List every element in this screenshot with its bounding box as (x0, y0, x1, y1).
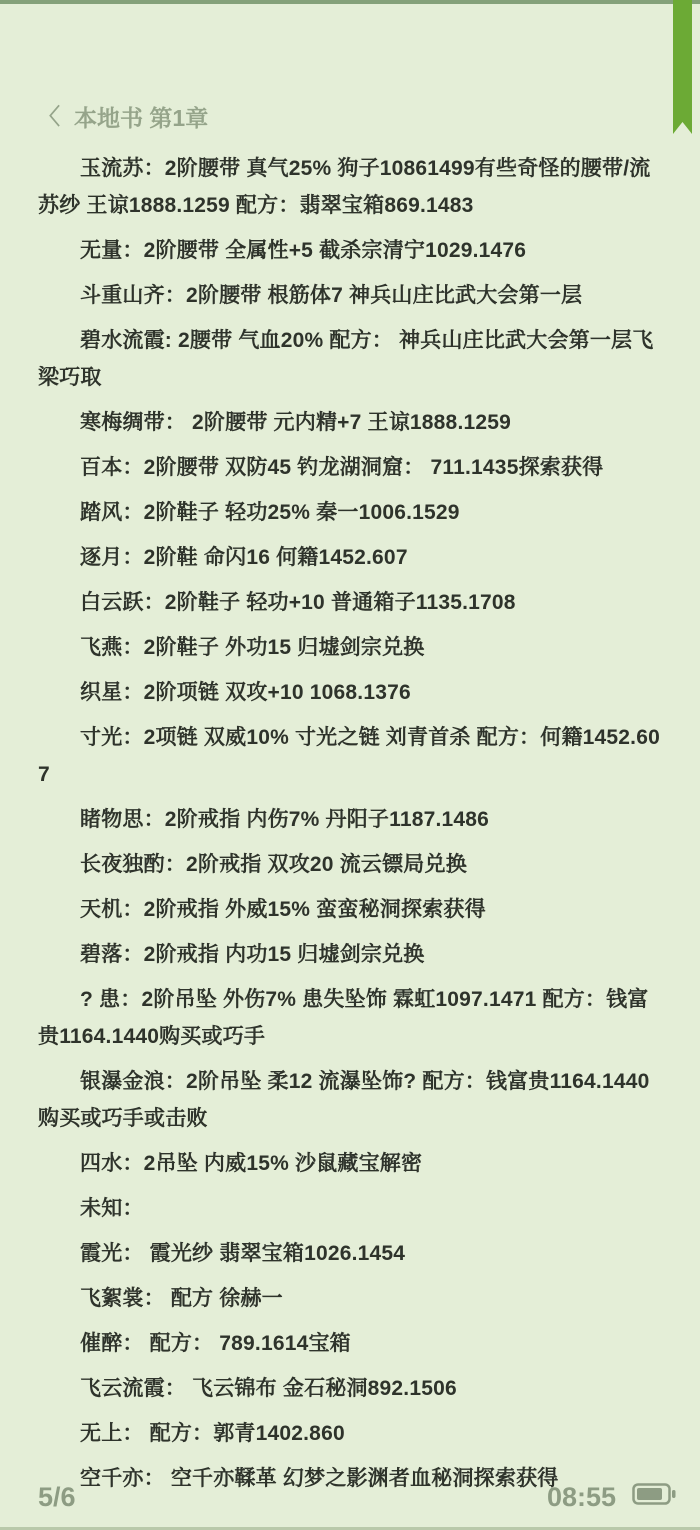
paragraph: 逐月：2阶鞋 命闪16 何籍1452.607 (38, 539, 666, 576)
paragraph: 催醉： 配方： 789.1614宝箱 (38, 1325, 666, 1362)
paragraph: 四水：2吊坠 内威15% 沙鼠藏宝解密 (38, 1145, 666, 1182)
paragraph: ? 患：2阶吊坠 外伤7% 患失坠饰 霖虹1097.1471 配方：钱富贵116… (38, 981, 666, 1055)
paragraph: 斗重山齐：2阶腰带 根筋体7 神兵山庄比武大会第一层 (38, 277, 666, 314)
paragraph: 寸光：2项链 双威10% 寸光之链 刘青首杀 配方：何籍1452.607 (38, 719, 666, 793)
paragraph: 踏风：2阶鞋子 轻功25% 秦一1006.1529 (38, 494, 666, 531)
paragraph: 霞光： 霞光纱 翡翠宝箱1026.1454 (38, 1235, 666, 1272)
paragraph: 银瀑金浪：2阶吊坠 柔12 流瀑坠饰? 配方：钱富贵1164.1440购买或巧手… (38, 1063, 666, 1137)
paragraph: 无量：2阶腰带 全属性+5 截杀宗清宁1029.1476 (38, 232, 666, 269)
paragraph: 未知： (38, 1190, 666, 1227)
paragraph: 长夜独酌：2阶戒指 双攻20 流云镖局兑换 (38, 846, 666, 883)
reader-footer: 5/6 08:55 (38, 1480, 676, 1514)
reader-content[interactable]: 玉流苏：2阶腰带 真气25% 狗子10861499有些奇怪的腰带/流苏纱 王谅1… (38, 150, 666, 1505)
paragraph: 白云跃：2阶鞋子 轻功+10 普通箱子1135.1708 (38, 584, 666, 621)
paragraph: 碧落：2阶戒指 内功15 归墟剑宗兑换 (38, 936, 666, 973)
paragraph: 玉流苏：2阶腰带 真气25% 狗子10861499有些奇怪的腰带/流苏纱 王谅1… (38, 150, 666, 224)
paragraph: 碧水流霞: 2腰带 气血20% 配方： 神兵山庄比武大会第一层飞梁巧取 (38, 322, 666, 396)
back-chevron-icon[interactable]: 〈 (38, 106, 60, 128)
paragraph: 睹物思：2阶戒指 内伤7% 丹阳子1187.1486 (38, 801, 666, 838)
top-edge-strip (0, 0, 700, 4)
paragraph: 天机：2阶戒指 外威15% 蛮蛮秘洞探索获得 (38, 891, 666, 928)
bookmark-ribbon-icon (673, 0, 692, 134)
reader-header: 〈 本地书 第1章 (38, 100, 208, 133)
paragraph: 寒梅绸带： 2阶腰带 元内精+7 王谅1888.1259 (38, 404, 666, 441)
chapter-title: 本地书 第1章 (74, 100, 208, 133)
paragraph: 百本：2阶腰带 双防45 钓龙湖洞窟： 711.1435探索获得 (38, 449, 666, 486)
paragraph: 飞燕：2阶鞋子 外功15 归墟剑宗兑换 (38, 629, 666, 666)
paragraph: 飞云流霞： 飞云锦布 金石秘洞892.1506 (38, 1370, 666, 1407)
paragraph: 织星：2阶项链 双攻+10 1068.1376 (38, 674, 666, 711)
clock-time: 08:55 (547, 1482, 616, 1513)
page-indicator: 5/6 (38, 1482, 76, 1513)
paragraph: 飞絮裳： 配方 徐赫一 (38, 1280, 666, 1317)
battery-icon (632, 1482, 676, 1513)
paragraph: 无上： 配方：郭青1402.860 (38, 1415, 666, 1452)
